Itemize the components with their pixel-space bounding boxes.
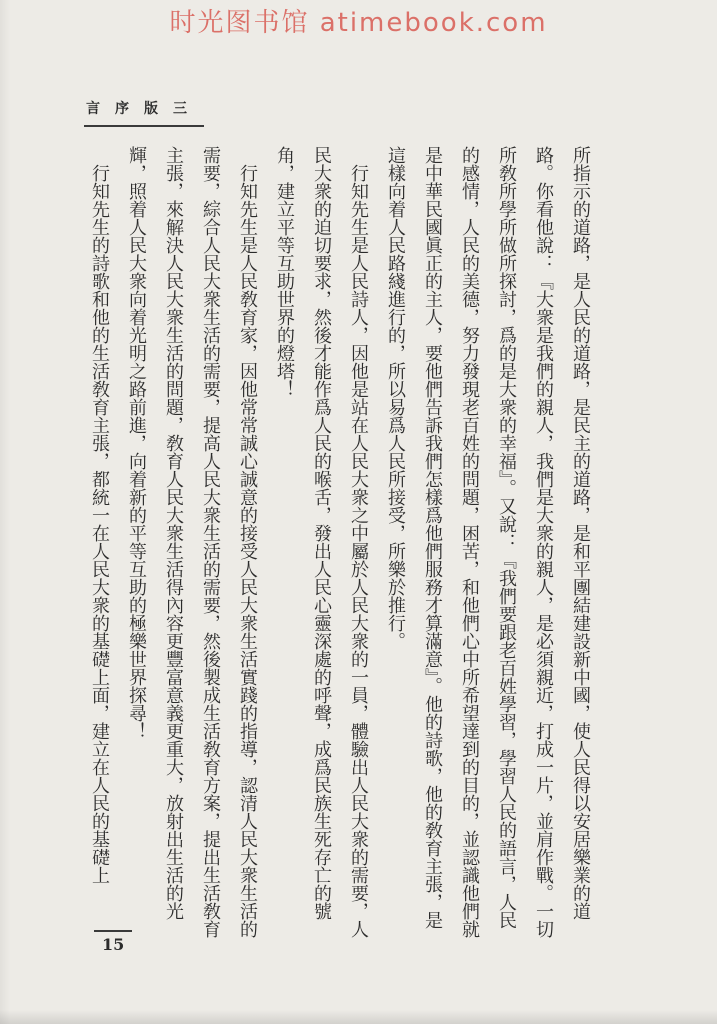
site-watermark: 时光图书馆 atimebook.com	[0, 2, 717, 39]
page-text: 所指示的道路，是人民的道路，是民主的道路，是和平團結建設新中國，使人民得以安居樂…	[77, 146, 599, 946]
paragraph: 行知先生的詩歌和他的生活敎育主張，都統一在人民大衆的基礎上面，建立在人民的基礎上	[81, 146, 118, 946]
paragraph: 行知先生是人民敎育家，因他常常誠心誠意的接受人民大衆生活實踐的指導，認清人民大衆…	[118, 146, 266, 946]
paragraph: 所指示的道路，是人民的道路，是民主的道路，是和平團結建設新中國，使人民得以安居樂…	[377, 146, 599, 946]
page-number: 15	[94, 930, 132, 954]
scanned-book-page: 时光图书馆 atimebook.com 言序版三 所指示的道路，是人民的道路，是…	[0, 0, 717, 1024]
paragraph: 行知先生是人民詩人，因他是站在人民大衆之中屬於人民大衆的一員，體驗出人民大衆的需…	[266, 146, 377, 946]
running-header: 言序版三	[84, 98, 204, 127]
